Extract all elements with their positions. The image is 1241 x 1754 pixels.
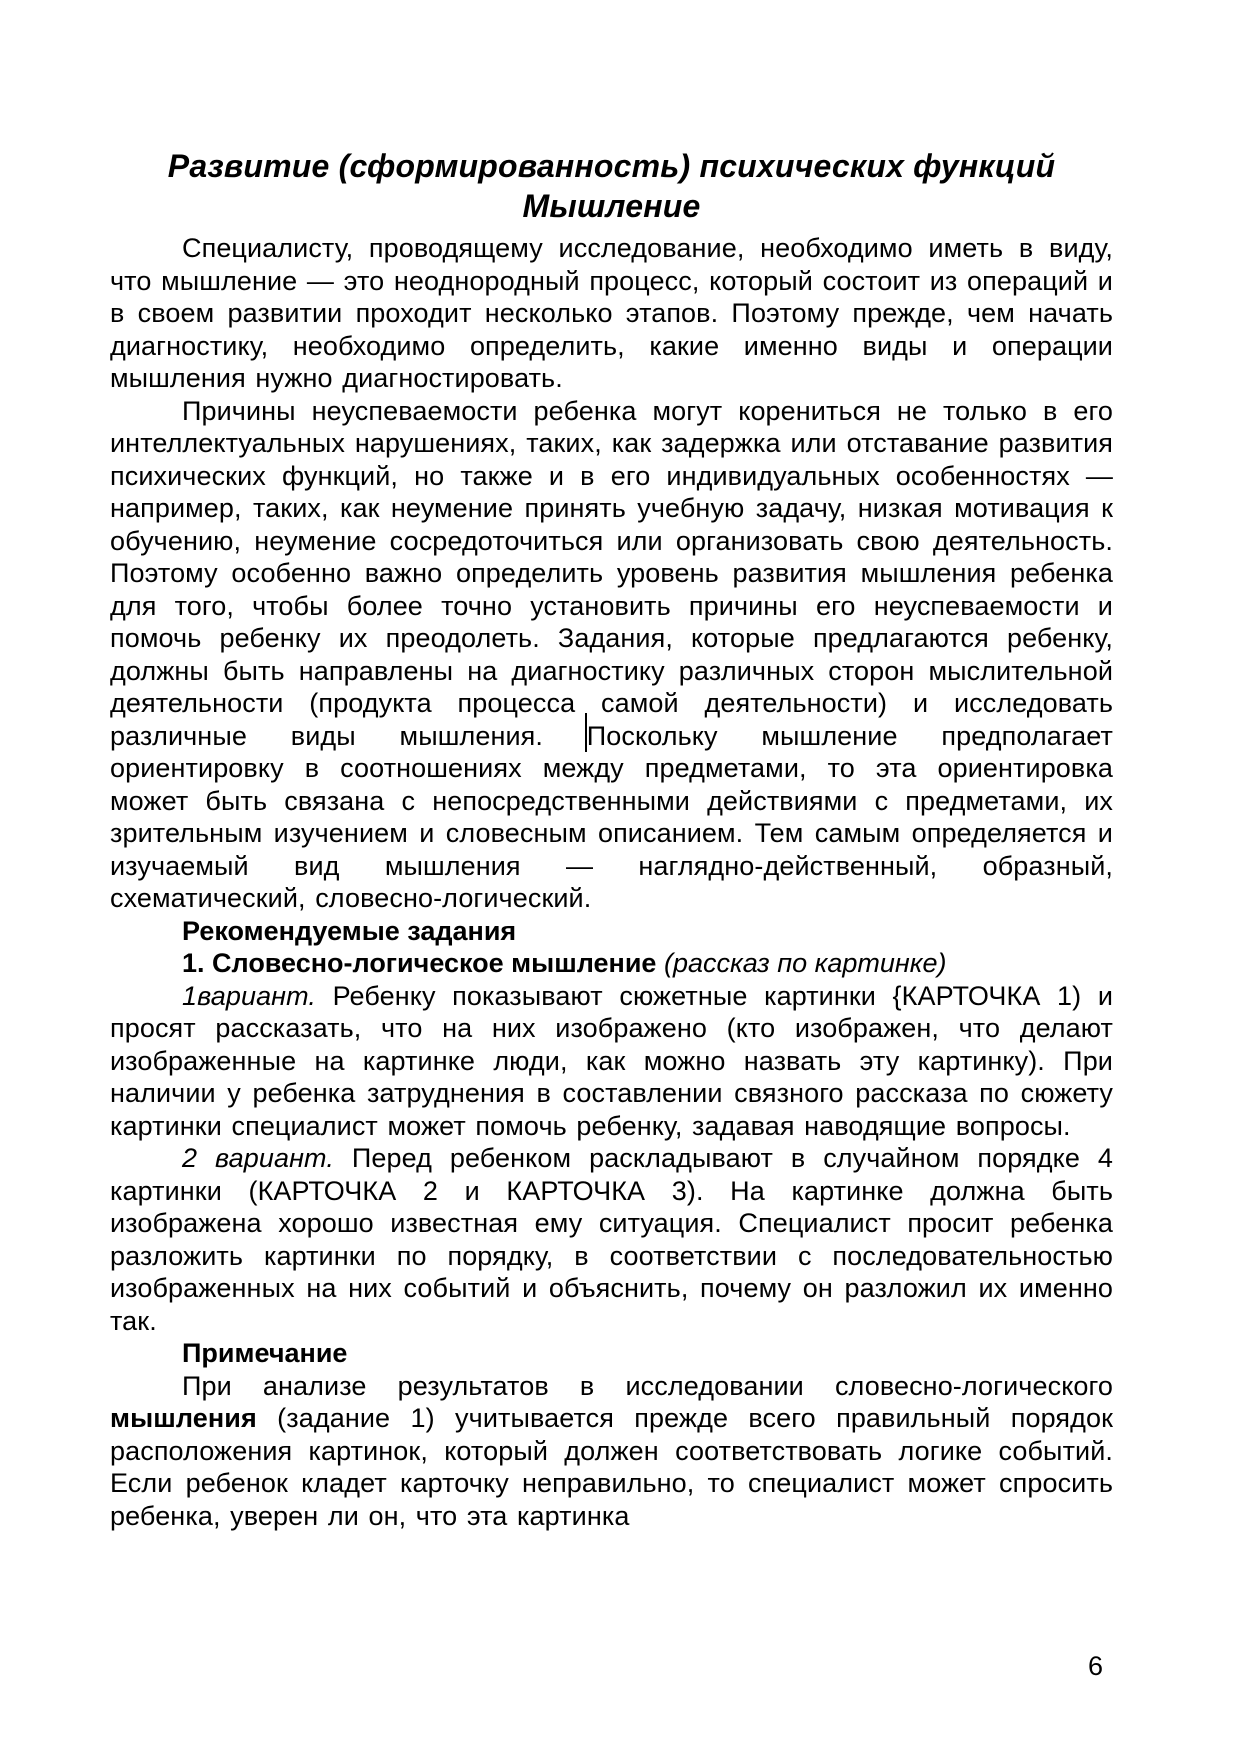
document-page: Развитие (сформированность) психических … xyxy=(0,0,1241,1754)
variant-1-label: 1вариант. xyxy=(182,981,316,1011)
text-block: Развитие (сформированность) психических … xyxy=(110,146,1113,1532)
page-number: 6 xyxy=(1088,1650,1103,1682)
heading-task-1: 1. Словесно-логическое мышление (рассказ… xyxy=(110,947,1113,980)
paragraph-variant-1: 1вариант. Ребенку показывают сюжетные ка… xyxy=(110,980,1113,1143)
page-title-line-2: Мышление xyxy=(110,186,1113,226)
note-rest: (задание 1) учитывается прежде всего пра… xyxy=(110,1403,1113,1531)
paragraph-note: При анализе результатов в исследовании с… xyxy=(110,1370,1113,1533)
paragraph-variant-2: 2 вариант. Перед ребенком раскладывают в… xyxy=(110,1142,1113,1337)
paragraph-intro: Специалисту, проводящему исследование, н… xyxy=(110,232,1113,395)
note-bold-word: мышления xyxy=(110,1403,257,1433)
variant-2-label: 2 вариант. xyxy=(182,1143,334,1173)
heading-note: Примечание xyxy=(110,1337,1113,1370)
paragraph-reasons: Причины неуспеваемости ребенка могут кор… xyxy=(110,395,1113,915)
note-lead: При анализе результатов в исследовании с… xyxy=(182,1371,1113,1401)
page-title-line-1: Развитие (сформированность) психических … xyxy=(110,146,1113,186)
task-1-title-bold: 1. Словесно-логическое мышление xyxy=(182,948,656,978)
task-1-title-italic: (рассказ по картинке) xyxy=(664,948,947,978)
heading-recommended-tasks: Рекомендуемые задания xyxy=(110,915,1113,948)
scan-artifact-line xyxy=(585,713,587,752)
